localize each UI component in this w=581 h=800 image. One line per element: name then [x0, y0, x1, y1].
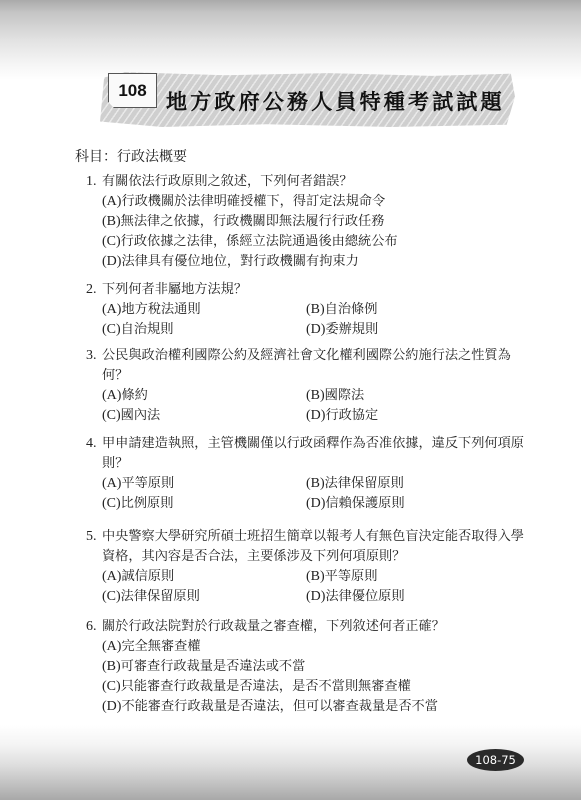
option-d: (D)信賴保護原則: [306, 494, 510, 514]
question-stem: 下列何者非屬地方法規？: [102, 280, 526, 300]
option-d: (D)法律具有優位地位，對行政機關有拘束力: [102, 252, 526, 272]
question-number: 5.: [86, 527, 102, 567]
page-number-badge: 108-75: [467, 749, 524, 771]
question-number: 4.: [86, 434, 102, 474]
question-stem: 公民與政治權利國際公約及經濟社會文化權利國際公約施行法之性質為何？: [102, 346, 526, 386]
option-b: (B)自治條例: [306, 300, 510, 320]
question-number: 1.: [86, 172, 102, 192]
option-c: (C)自治規則: [102, 320, 306, 340]
option-b: (B)平等原則: [306, 567, 510, 587]
question-number: 3.: [86, 346, 102, 386]
question-2: 2.下列何者非屬地方法規？ (A)地方稅法通則 (B)自治條例 (C)自治規則 …: [86, 280, 526, 340]
option-a: (A)完全無審查權: [102, 637, 526, 657]
option-d: (D)委辦規則: [306, 320, 510, 340]
option-b: (B)國際法: [306, 386, 510, 406]
question-stem: 有關依法行政原則之敘述，下列何者錯誤？: [102, 172, 526, 192]
option-c: (C)法律保留原則: [102, 587, 306, 607]
page-title: 地方政府公務人員特種考試試題: [166, 86, 505, 116]
option-b: (B)可審查行政裁量是否違法或不當: [102, 657, 526, 677]
question-3: 3.公民與政治權利國際公約及經濟社會文化權利國際公約施行法之性質為何？ (A)條…: [86, 346, 526, 426]
question-number: 6.: [86, 617, 102, 637]
option-a: (A)誠信原則: [102, 567, 306, 587]
question-6: 6.關於行政法院對於行政裁量之審查權，下列敘述何者正確？ (A)完全無審查權 (…: [86, 617, 526, 717]
option-d: (D)法律優位原則: [306, 587, 510, 607]
question-1: 1.有關依法行政原則之敘述，下列何者錯誤？ (A)行政機關於法律明確授權下，得訂…: [86, 172, 526, 272]
option-a: (A)條約: [102, 386, 306, 406]
option-a: (A)行政機關於法律明確授權下，得訂定法規命令: [102, 192, 526, 212]
option-d: (D)不能審查行政裁量是否違法，但可以審查裁量是否不當: [102, 697, 526, 717]
option-c: (C)行政依據之法律，係經立法院通過後由總統公布: [102, 232, 526, 252]
year-badge: 108: [108, 73, 157, 108]
subject-label: 科目：行政法概要: [75, 146, 187, 166]
question-stem: 中央警察大學研究所碩士班招生簡章以報考人有無色盲決定能否取得入學資格，其內容是否…: [102, 527, 526, 567]
option-a: (A)平等原則: [102, 474, 306, 494]
question-4: 4.甲申請建造執照，主管機關僅以行政函釋作為否准依據，違反下列何項原則？ (A)…: [86, 434, 526, 514]
option-d: (D)行政協定: [306, 406, 510, 426]
question-5: 5.中央警察大學研究所碩士班招生簡章以報考人有無色盲決定能否取得入學資格，其內容…: [86, 527, 526, 607]
option-b: (B)法律保留原則: [306, 474, 510, 494]
question-number: 2.: [86, 280, 102, 300]
option-c: (C)比例原則: [102, 494, 306, 514]
question-stem: 關於行政法院對於行政裁量之審查權，下列敘述何者正確？: [102, 617, 526, 637]
option-b: (B)無法律之依據，行政機關即無法履行行政任務: [102, 212, 526, 232]
option-c: (C)只能審查行政裁量是否違法，是否不當則無審查權: [102, 677, 526, 697]
option-c: (C)國內法: [102, 406, 306, 426]
question-stem: 甲申請建造執照，主管機關僅以行政函釋作為否准依據，違反下列何項原則？: [102, 434, 526, 474]
option-a: (A)地方稅法通則: [102, 300, 306, 320]
